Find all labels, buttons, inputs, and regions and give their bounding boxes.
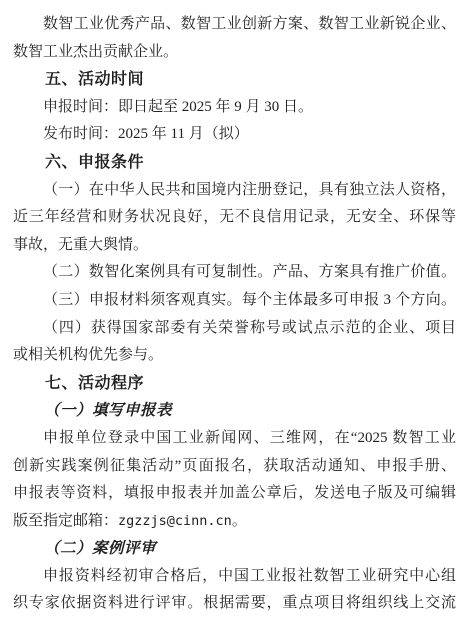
procedure-1-line-2: 创新实践案例征集活动”页面报名，获取活动通知、申报手册、: [13, 453, 456, 481]
publish-time-line: 发布时间：2025 年 11 月（拟）: [13, 121, 456, 149]
procedure-1-line-1: 申报单位登录中国工业新闻网、三维网，在“2025 数智工业: [13, 425, 456, 453]
apply-time-line: 申报时间：即日起至 2025 年 9 月 30 日。: [13, 94, 456, 122]
intro-paragraph-line-2: 数智工业杰出贡献企业。: [13, 39, 456, 67]
intro-paragraph-line-1: 数智工业优秀产品、数智工业创新方案、数智工业新锐企业、: [13, 11, 456, 39]
email-line-suffix: 。: [232, 513, 247, 529]
email-line: 版至指定邮箱：zgzzjs@cinn.cn。: [13, 508, 456, 536]
subheading-fill-application-form: （一）填写申报表: [13, 397, 456, 425]
subheading-case-review: （二）案例评审: [13, 535, 456, 563]
condition-4-line-1: （四）获得国家部委有关荣誉称号或试点示范的企业、项目: [13, 315, 456, 343]
condition-1-line-3: 事故，无重大舆情。: [13, 232, 456, 260]
document-page: 数智工业优秀产品、数智工业创新方案、数智工业新锐企业、 数智工业杰出贡献企业。 …: [0, 0, 469, 622]
heading-activity-time: 五、活动时间: [13, 66, 456, 94]
email-address: zgzzjs@cinn.cn: [118, 513, 232, 529]
condition-1-line-1: （一）在中华人民共和国境内注册登记，具有独立法人资格，: [13, 177, 456, 205]
condition-2-line: （二）数智化案例具有可复制性。产品、方案具有推广价值。: [13, 259, 456, 287]
email-line-prefix: 版至指定邮箱：: [13, 513, 118, 529]
procedure-1-line-3: 申报表等资料，填报申报表并加盖公章后，发送电子版及可编辑: [13, 480, 456, 508]
condition-3-line: （三）申报材料须客观真实。每个主体最多可申报 3 个方向。: [13, 287, 456, 315]
procedure-2-line-2: 织专家依据资料进行评审。根据需要，重点项目将组织线上交流: [13, 590, 456, 618]
procedure-2-line-1: 申报资料经初审合格后，中国工业报社数智工业研究中心组: [13, 563, 456, 591]
condition-1-line-2: 近三年经营和财务状况良好，无不良信用记录，无安全、环保等: [13, 204, 456, 232]
condition-4-line-2: 或相关机构优先参与。: [13, 342, 456, 370]
heading-activity-procedure: 七、活动程序: [13, 370, 456, 398]
heading-application-conditions: 六、申报条件: [13, 149, 456, 177]
